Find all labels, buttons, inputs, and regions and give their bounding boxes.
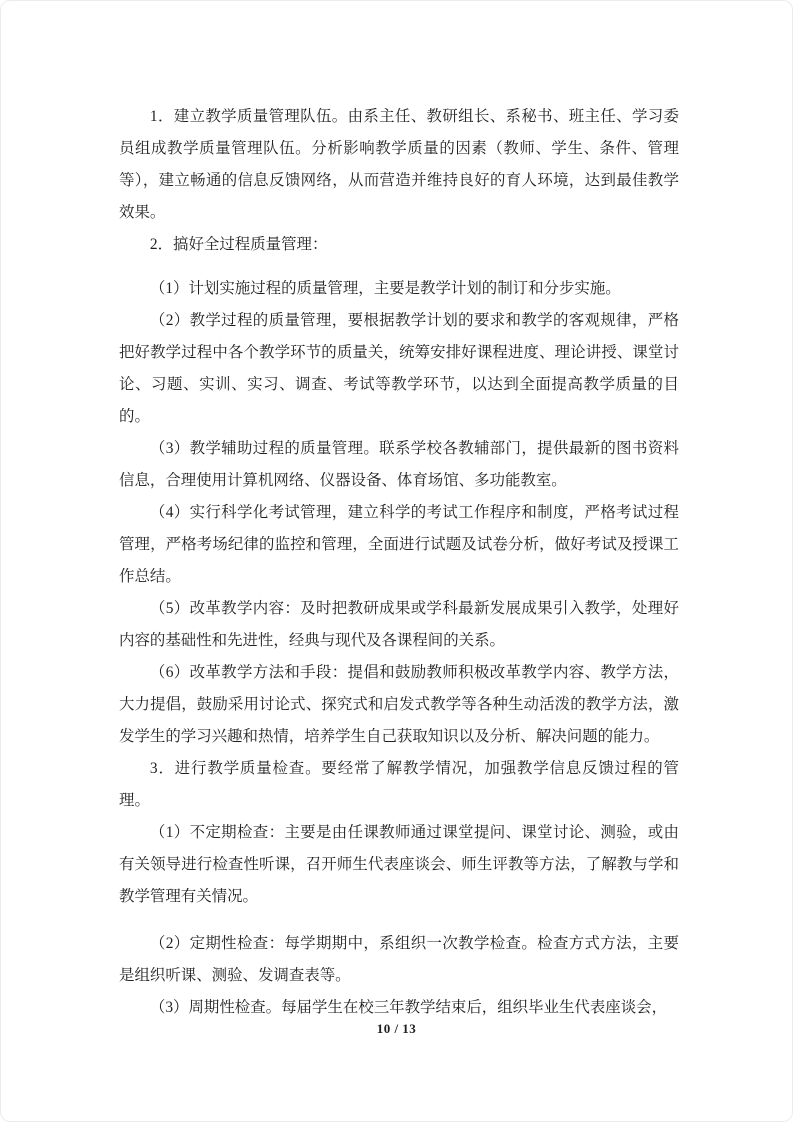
document-page: 1．建立教学质量管理队伍。由系主任、教研组长、系秘书、班主任、学习委员组成教学质… (0, 0, 793, 1122)
paragraph: （2）教学过程的质量管理，要根据教学计划的要求和教学的客观规律，严格把好教学过程… (119, 305, 679, 433)
paragraph: （1）不定期检查：主要是由任课教师通过课堂提问、课堂讨论、测验，或由有关领导进行… (119, 817, 679, 913)
paragraph: （3）教学辅助过程的质量管理。联系学校各教辅部门，提供最新的图书资料信息，合理使… (119, 433, 679, 497)
paragraph: （5）改革教学内容：及时把教研成果或学科最新发展成果引入教学，处理好内容的基础性… (119, 593, 679, 657)
paragraph: （3）周期性检查。每届学生在校三年教学结束后，组织毕业生代表座谈会， (119, 992, 679, 1024)
paragraph: 3．进行教学质量检查。要经常了解教学情况，加强教学信息反馈过程的管理。 (119, 753, 679, 817)
paragraph: （6）改革教学方法和手段：提倡和鼓励教师积极改革教学内容、教学方法，大力提倡，鼓… (119, 657, 679, 753)
paragraph: （1）计划实施过程的质量管理，主要是教学计划的制订和分步实施。 (119, 273, 679, 305)
paragraph: 2．搞好全过程质量管理： (119, 229, 679, 261)
paragraph: （4）实行科学化考试管理，建立科学的考试工作程序和制度，严格考试过程管理，严格考… (119, 497, 679, 593)
document-body: 1．建立教学质量管理队伍。由系主任、教研组长、系秘书、班主任、学习委员组成教学质… (119, 101, 679, 1024)
paragraph: 1．建立教学质量管理队伍。由系主任、教研组长、系秘书、班主任、学习委员组成教学质… (119, 101, 679, 229)
page-number: 10 / 13 (1, 1021, 792, 1037)
paragraph: （2）定期性检查：每学期期中，系组织一次教学检查。检查方式方法，主要是组织听课、… (119, 928, 679, 992)
